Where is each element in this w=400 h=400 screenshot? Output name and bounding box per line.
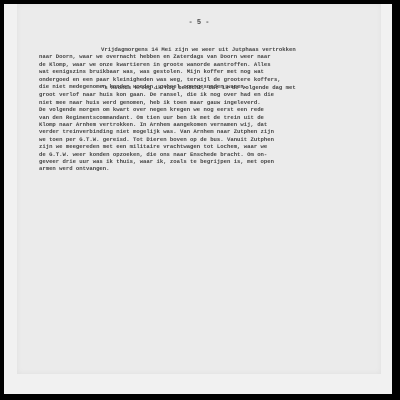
text-line: Klomp naar Arnhem vertrokken. In Arnhem …: [39, 121, 369, 128]
text-line: ondergoed en een paar kleinigheden was w…: [39, 76, 369, 83]
text-line: groot verlof naar huis kon gaan. De rans…: [39, 91, 369, 98]
text-line: Vrijdagmorgens 14 Mei zijn we weer uit J…: [39, 46, 369, 53]
text-line: naar Doorn, waar we overnacht hebben en …: [39, 53, 369, 60]
text-line: wat eenigszins bruikbaar was, was gestol…: [39, 68, 369, 75]
text-line: de Klomp, waar we onze kwartieren in gro…: [39, 61, 369, 68]
text-line: geveer drie uur was ik thuis, waar ik, z…: [39, 158, 369, 165]
text-line: armen werd ontvangen.: [39, 165, 369, 172]
paragraph-2: 's Avonds kreeg ik nog bericht, dat ik d…: [39, 84, 369, 173]
text-line: 's Avonds kreeg ik nog bericht, dat ik d…: [39, 84, 369, 91]
text-line: verder treinverbinding niet mogelijk was…: [39, 128, 369, 135]
text-line: De volgende morgen om kwart over negen k…: [39, 106, 369, 113]
text-line: de G.T.W. weer konden opzoeken, die ons …: [39, 151, 369, 158]
text-line: we toen per G.T.W. gereisd. Tot Dieren b…: [39, 136, 369, 143]
page-number: - 5 -: [17, 19, 381, 27]
text-line: zijn we meegereden met een militaire vra…: [39, 143, 369, 150]
text-line: niet mee naar huis werd genomen, heb ik …: [39, 99, 369, 106]
text-line: van den Regimentscommandant. Om tien uur…: [39, 114, 369, 121]
document-page: - 5 - Vrijdagmorgens 14 Mei zijn we weer…: [17, 4, 381, 374]
scan-sheet: - 5 - Vrijdagmorgens 14 Mei zijn we weer…: [4, 4, 392, 394]
